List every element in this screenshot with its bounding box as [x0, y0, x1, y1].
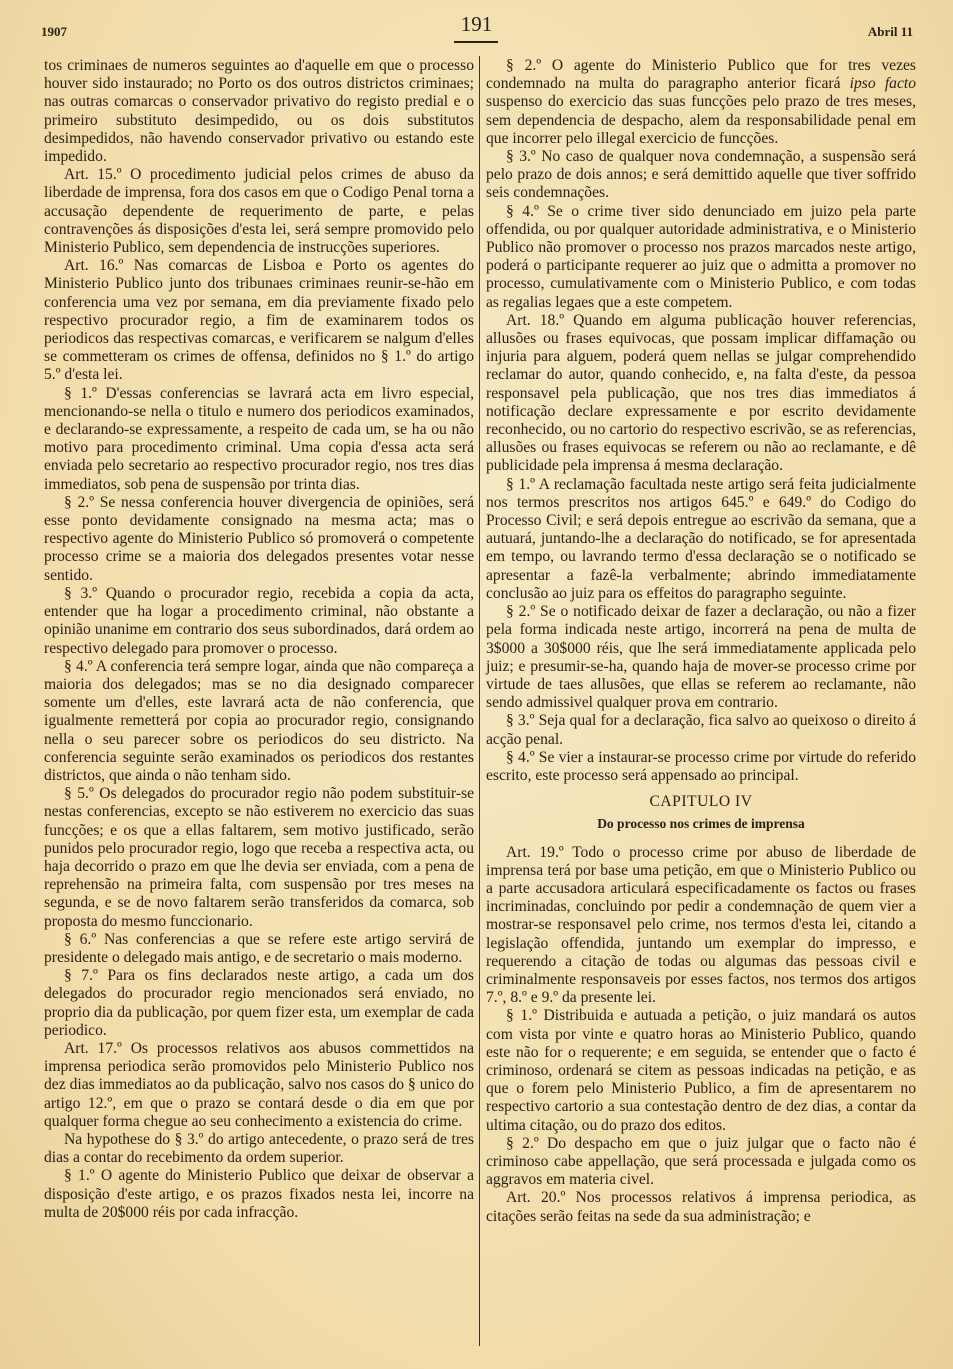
paragraph: § 1.º D'essas conferencias se lavrará ac…	[44, 385, 474, 494]
chapter-subheading: Do processo nos crimes de imprensa	[486, 815, 916, 833]
article-15: Art. 15.º O procedimento judicial pelos …	[44, 166, 474, 257]
paragraph: Na hypothese do § 3.º do artigo antecede…	[44, 1131, 474, 1167]
paragraph: § 1.º Distribuida e autuada a petição, o…	[486, 1007, 916, 1134]
page-number: 191	[0, 12, 953, 37]
article-16: Art. 16.º Nas comarcas de Lisboa e Porto…	[44, 257, 474, 384]
paragraph: § 1.º O agente do Ministerio Publico que…	[44, 1167, 474, 1222]
column-divider	[479, 56, 480, 1346]
paragraph: § 3.º Quando o procurador regio, recebid…	[44, 585, 474, 658]
article-17: Art. 17.º Os processos relativos aos abu…	[44, 1040, 474, 1131]
paragraph: § 3.º No caso de qualquer nova condemnaç…	[486, 148, 916, 203]
paragraph: § 3.º Seja qual for a declaração, fica s…	[486, 712, 916, 748]
paragraph: § 1.º A reclamação facultada neste artig…	[486, 476, 916, 603]
paragraph: § 2.º Se nessa conferencia houver diverg…	[44, 494, 474, 585]
page-number-rule	[454, 41, 498, 43]
paragraph: § 7.º Para os fins declarados neste arti…	[44, 967, 474, 1040]
paragraph: § 2.º Se o notificado deixar de fazer a …	[486, 603, 916, 712]
article-19: Art. 19.º Todo o processo crime por abus…	[486, 844, 916, 1008]
paragraph: § 2.º Do despacho em que o juiz julgar q…	[486, 1135, 916, 1190]
article-20: Art. 20.º Nos processos relativos á impr…	[486, 1189, 916, 1225]
italic-phrase: ipso facto	[850, 75, 916, 92]
paragraph: § 4.º A conferencia terá sempre logar, a…	[44, 658, 474, 785]
page-header: 1907 191 Abril 11	[0, 10, 953, 50]
left-column: tos criminaes de numeros seguintes ao d'…	[44, 57, 474, 1222]
paragraph: § 4.º Se o crime tiver sido denunciado e…	[486, 203, 916, 312]
paragraph: § 2.º O agente do Ministerio Publico que…	[486, 57, 916, 148]
chapter-heading: CAPITULO IV	[486, 793, 916, 811]
article-18: Art. 18.º Quando em alguma publicação ho…	[486, 312, 916, 476]
paragraph: § 4.º Se vier a instaurar-se processo cr…	[486, 749, 916, 785]
paragraph: § 6.º Nas conferencias a que se refere e…	[44, 931, 474, 967]
header-date: Abril 11	[868, 24, 913, 40]
paragraph-text: suspenso do exercicio das suas funcções …	[486, 93, 916, 146]
paragraph: tos criminaes de numeros seguintes ao d'…	[44, 57, 474, 166]
right-column: § 2.º O agente do Ministerio Publico que…	[486, 57, 916, 1226]
paragraph: § 5.º Os delegados do procurador regio n…	[44, 785, 474, 931]
